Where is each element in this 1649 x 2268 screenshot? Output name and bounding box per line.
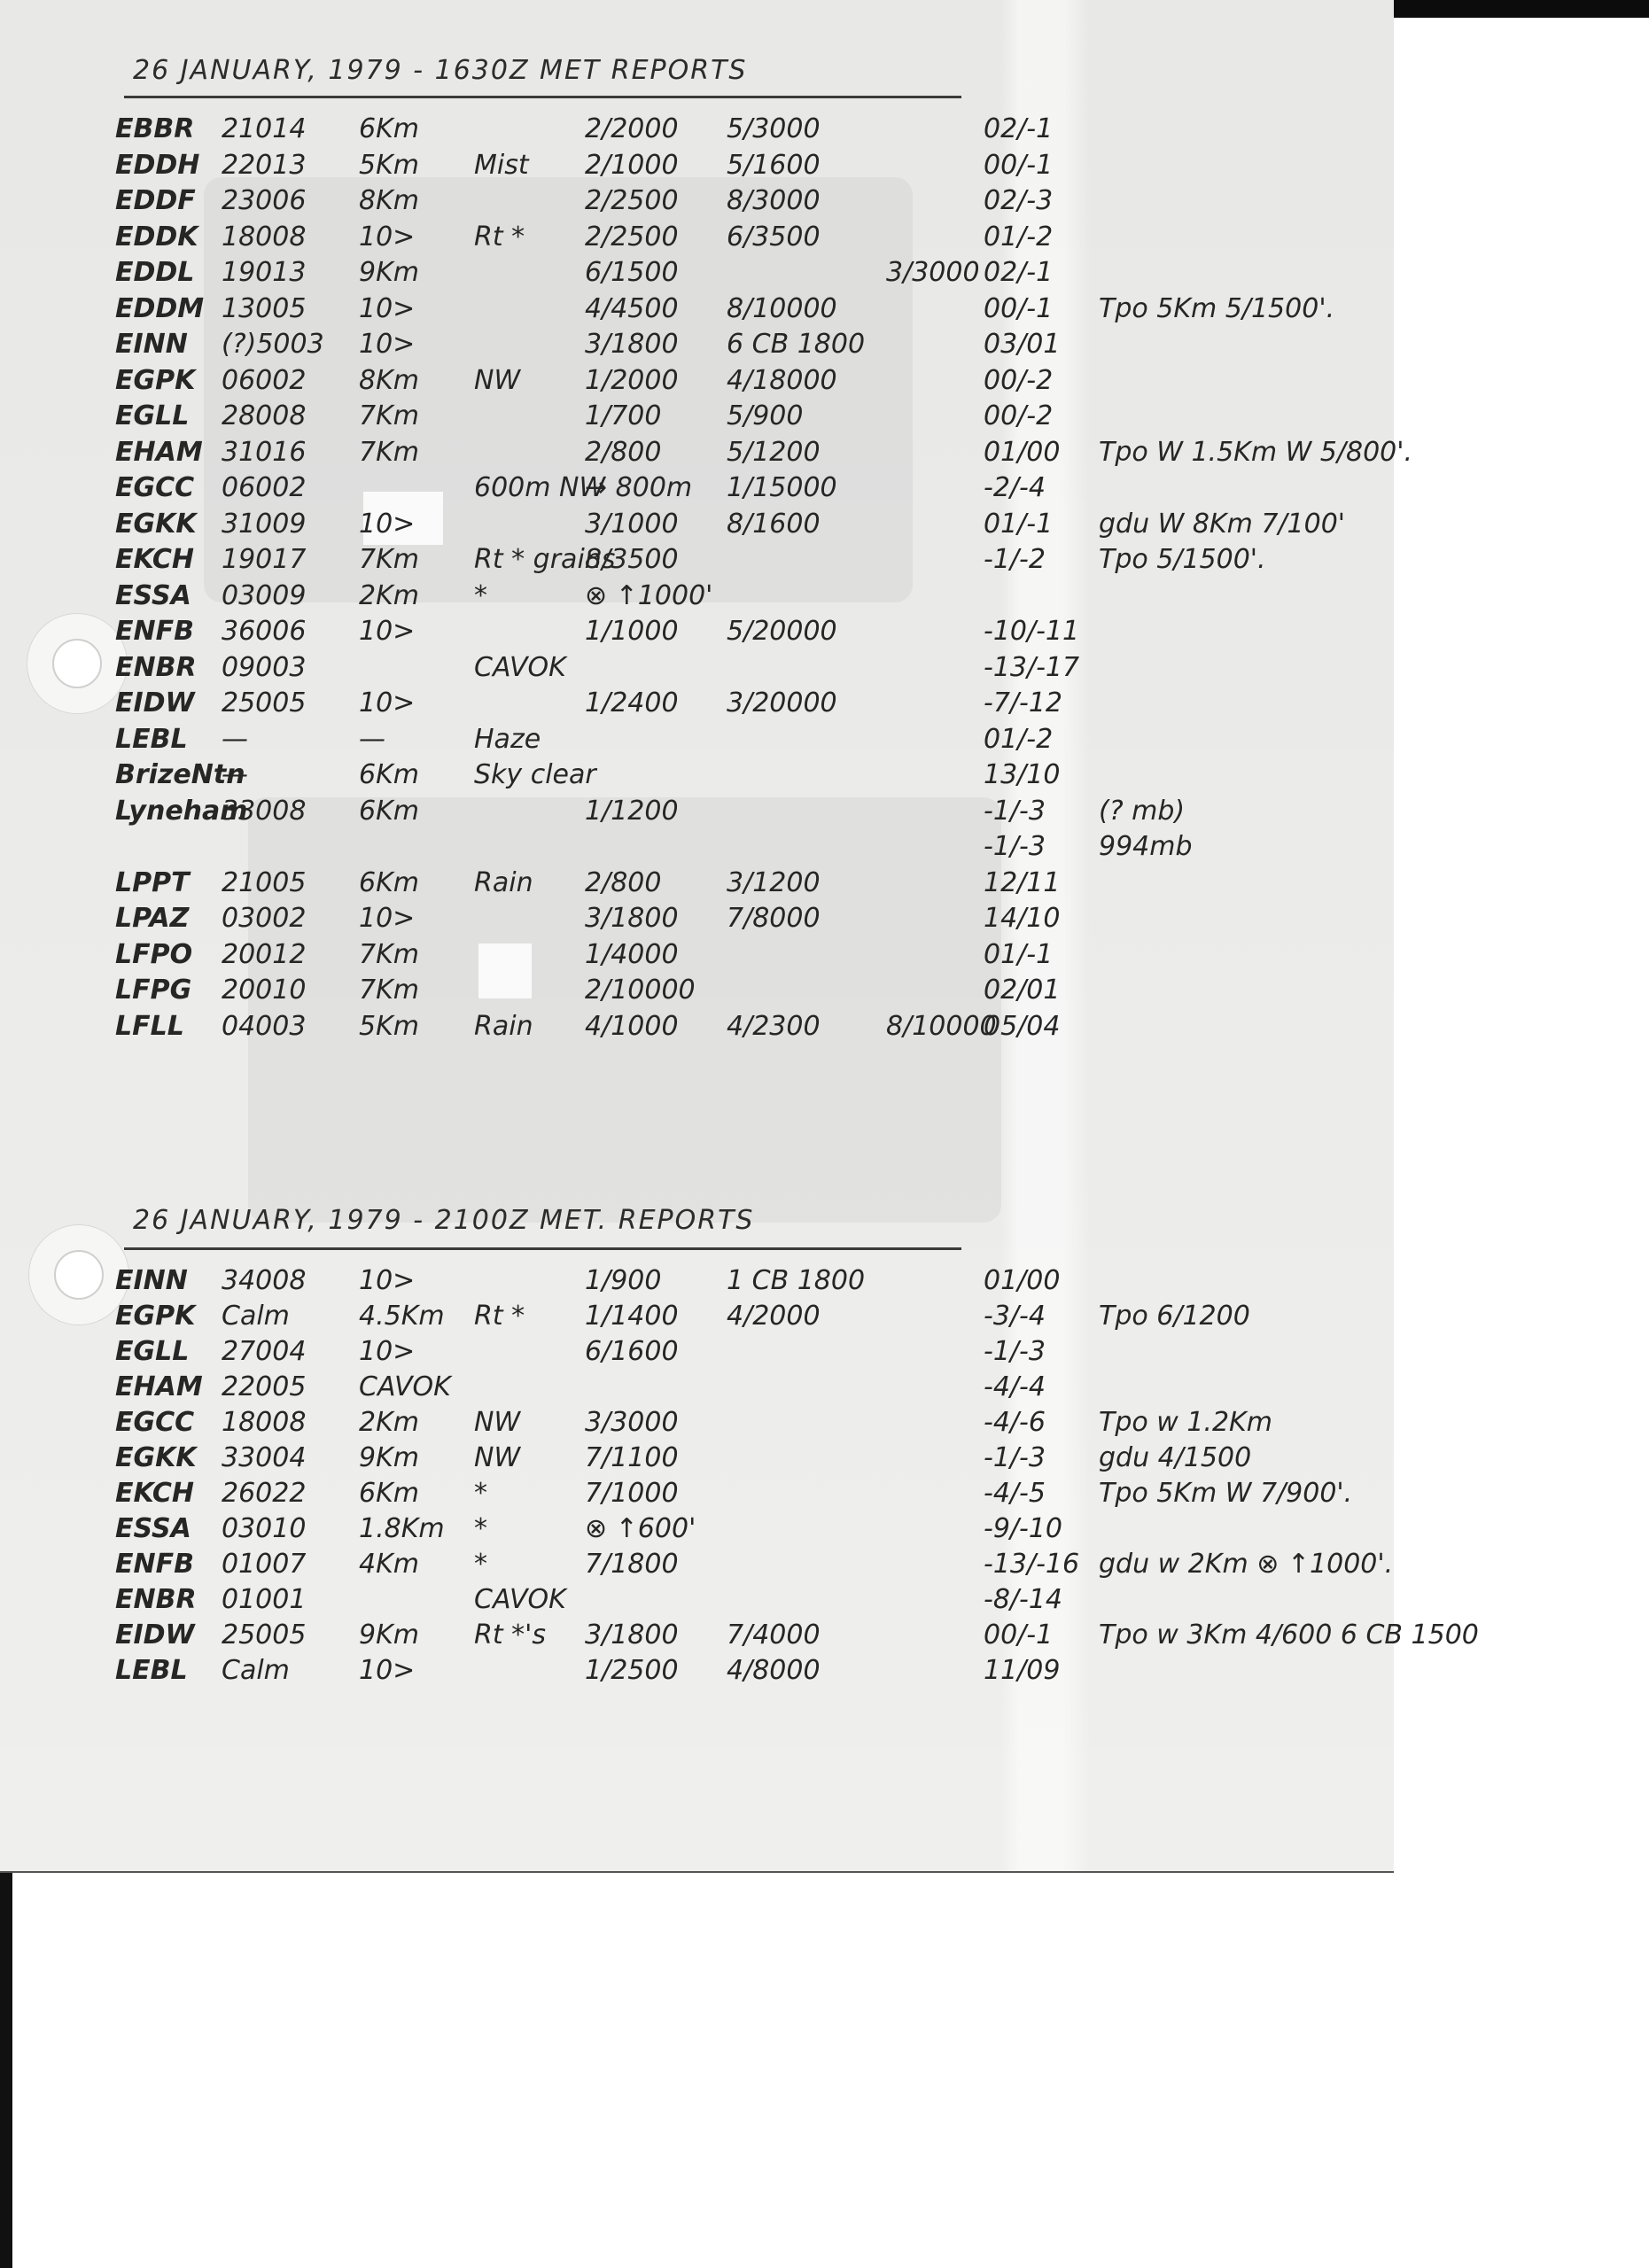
weather-value: * xyxy=(474,1478,487,1509)
cloud-layer-1: 7/1800 xyxy=(585,1549,679,1580)
station-code: LFPO xyxy=(115,939,192,970)
station-code: LPPT xyxy=(115,867,190,898)
cloud-layer-2: 8/1600 xyxy=(727,509,821,540)
wind-value: 03010 xyxy=(222,1513,306,1544)
cloud-layer-2: 4/18000 xyxy=(727,365,837,396)
cloud-layer-2: 8/3000 xyxy=(727,185,821,216)
station-code: EGKK xyxy=(115,509,197,540)
cloud-layer-1: 2/800 xyxy=(585,437,661,468)
wind-value: 01001 xyxy=(222,1584,306,1615)
temp-dewpoint: 00/-2 xyxy=(984,365,1053,396)
cloud-layer-1: 3/3000 xyxy=(585,1407,679,1438)
station-code: EGCC xyxy=(115,1407,194,1438)
temp-dewpoint: 05/04 xyxy=(984,1011,1060,1042)
visibility-value: 7Km xyxy=(359,975,419,1006)
weather-value: * xyxy=(474,1513,487,1544)
wind-value: 22005 xyxy=(222,1371,306,1402)
visibility-value: 10> xyxy=(359,1655,415,1686)
wind-value: — xyxy=(222,759,248,790)
remarks: Tpo W 1.5Km W 5/800'. xyxy=(1099,437,1412,468)
station-code: EINN xyxy=(115,329,188,360)
cloud-layer-2: 4/2300 xyxy=(727,1011,821,1042)
temp-dewpoint: 01/-2 xyxy=(984,221,1053,252)
weather-value: Rt * xyxy=(474,221,525,252)
station-code: EDDL xyxy=(115,257,194,288)
station-code: EBBR xyxy=(115,113,194,144)
wind-value: 36006 xyxy=(222,616,306,647)
cloud-layer-2: 5/20000 xyxy=(727,616,837,647)
punch-hole xyxy=(27,613,128,714)
cloud-layer-1: 1/700 xyxy=(585,400,661,431)
temp-dewpoint: 00/-1 xyxy=(984,150,1053,181)
station-code: EDDF xyxy=(115,185,196,216)
station-code: EKCH xyxy=(115,544,194,575)
remarks: gdu 4/1500 xyxy=(1099,1442,1251,1473)
visibility-value: 4.5Km xyxy=(359,1301,445,1332)
temp-dewpoint: -2/-4 xyxy=(984,472,1046,503)
remarks: Tpo w 3Km 4/600 6 CB 1500 xyxy=(1099,1619,1479,1651)
temp-dewpoint: -13/-17 xyxy=(984,652,1079,683)
wind-value: 19017 xyxy=(222,544,306,575)
weather-value: Rain xyxy=(474,867,533,898)
cloud-layer-1: 2/2000 xyxy=(585,113,679,144)
cloud-layer-1: 1/900 xyxy=(585,1265,661,1296)
cloud-layer-2: 4/8000 xyxy=(727,1655,821,1686)
temp-dewpoint: 14/10 xyxy=(984,903,1060,934)
temp-dewpoint: -1/-2 xyxy=(984,544,1046,575)
cloud-layer-1: → 800m xyxy=(585,472,692,503)
cloud-layer-1: 1/4000 xyxy=(585,939,679,970)
weather-value: Rt * xyxy=(474,1301,525,1332)
weather-value: Sky clear xyxy=(474,759,596,790)
temp-dewpoint: 02/01 xyxy=(984,975,1060,1006)
wind-value: 19013 xyxy=(222,257,306,288)
cloud-layer-2: 3/1200 xyxy=(727,867,821,898)
cloud-layer-1: 2/800 xyxy=(585,867,661,898)
temp-dewpoint: -3/-4 xyxy=(984,1301,1046,1332)
temp-dewpoint: 00/-1 xyxy=(984,1619,1053,1651)
weather-value: NW xyxy=(474,1442,520,1473)
weather-value: Mist xyxy=(474,150,529,181)
temp-dewpoint: 01/-1 xyxy=(984,509,1053,540)
station-code: EKCH xyxy=(115,1478,194,1509)
station-code: LPAZ xyxy=(115,903,189,934)
wind-value: 33008 xyxy=(222,796,306,827)
wind-value: 04003 xyxy=(222,1011,306,1042)
station-code: EIDW xyxy=(115,1619,195,1651)
station-code: EDDK xyxy=(115,221,198,252)
visibility-value: 10> xyxy=(359,509,415,540)
weather-value: NW xyxy=(474,1407,520,1438)
cloud-layer-1: 1/2500 xyxy=(585,1655,679,1686)
weather-value: Rain xyxy=(474,1011,533,1042)
wind-value: 23006 xyxy=(222,185,306,216)
visibility-value: 9Km xyxy=(359,1619,419,1651)
wind-value: — xyxy=(222,724,248,755)
temp-dewpoint: -10/-11 xyxy=(984,616,1079,647)
cloud-layer-1: 4/1000 xyxy=(585,1011,679,1042)
wind-value: 21005 xyxy=(222,867,306,898)
temp-dewpoint: -4/-4 xyxy=(984,1371,1046,1402)
visibility-value: 4Km xyxy=(359,1549,419,1580)
visibility-value: 10> xyxy=(359,293,415,324)
weather-value: * xyxy=(474,580,487,611)
wind-value: 27004 xyxy=(222,1336,306,1367)
station-code: LEBL xyxy=(115,724,188,755)
cloud-layer-1: 1/2400 xyxy=(585,687,679,718)
station-code: ENBR xyxy=(115,1584,197,1615)
weather-value: Rt *'s xyxy=(474,1619,546,1651)
visibility-value: 10> xyxy=(359,1336,415,1367)
remarks: Tpo 5/1500'. xyxy=(1099,544,1266,575)
wind-value: Calm xyxy=(222,1655,290,1686)
station-code: ESSA xyxy=(115,1513,191,1544)
cloud-layer-1: 6/1600 xyxy=(585,1336,679,1367)
cloud-layer-2: 6/3500 xyxy=(727,221,821,252)
cloud-layer-2: 4/2000 xyxy=(727,1301,821,1332)
visibility-value: 6Km xyxy=(359,796,419,827)
station-code: EGPK xyxy=(115,1301,195,1332)
temp-dewpoint: 11/09 xyxy=(984,1655,1060,1686)
cloud-layer-2: 7/4000 xyxy=(727,1619,821,1651)
wind-value: 03009 xyxy=(222,580,306,611)
weather-value: NW xyxy=(474,365,520,396)
cloud-layer-1: 1/1400 xyxy=(585,1301,679,1332)
scan-border-top xyxy=(1394,0,1649,18)
scan-border-left xyxy=(0,1871,12,2268)
temp-dewpoint: 01/-1 xyxy=(984,939,1053,970)
cloud-layer-1: 7/1100 xyxy=(585,1442,679,1473)
wind-value: 09003 xyxy=(222,652,306,683)
cloud-layer-2: 8/10000 xyxy=(727,293,837,324)
remarks: Tpo 5Km W 7/900'. xyxy=(1099,1478,1352,1509)
temp-dewpoint: -1/-3 xyxy=(984,1336,1046,1367)
wind-value: 18008 xyxy=(222,1407,306,1438)
cloud-layer-2: 1 CB 1800 xyxy=(727,1265,865,1296)
temp-dewpoint: -1/-3 xyxy=(984,831,1046,862)
wind-value: 13005 xyxy=(222,293,306,324)
station-code: EIDW xyxy=(115,687,195,718)
visibility-value: 10> xyxy=(359,329,415,360)
cloud-layer-3: 8/10000 xyxy=(886,1011,997,1042)
cloud-layer-1: 1/1000 xyxy=(585,616,679,647)
wind-value: 20010 xyxy=(222,975,306,1006)
title-underline xyxy=(124,96,961,98)
cloud-layer-1: 6/1500 xyxy=(585,257,679,288)
visibility-value: 7Km xyxy=(359,939,419,970)
visibility-value: 2Km xyxy=(359,580,419,611)
remarks: 994mb xyxy=(1099,831,1193,862)
station-code: ENFB xyxy=(115,616,194,647)
cloud-layer-1: 1/2000 xyxy=(585,365,679,396)
remarks: gdu W 8Km 7/100' xyxy=(1099,509,1345,540)
paper-sheet: 26 JANUARY, 1979 - 1630Z MET REPORTS EBB… xyxy=(0,0,1394,1873)
visibility-value: 6Km xyxy=(359,1478,419,1509)
visibility-value: — xyxy=(359,724,385,755)
visibility-value: 7Km xyxy=(359,437,419,468)
station-code: ESSA xyxy=(115,580,191,611)
wind-value: 22013 xyxy=(222,150,306,181)
temp-dewpoint: -4/-5 xyxy=(984,1478,1046,1509)
wind-value: 26022 xyxy=(222,1478,306,1509)
cloud-layer-1: 7/1000 xyxy=(585,1478,679,1509)
temp-dewpoint: 00/-1 xyxy=(984,293,1053,324)
visibility-value: 7Km xyxy=(359,544,419,575)
visibility-value: 9Km xyxy=(359,257,419,288)
station-code: EGLL xyxy=(115,400,189,431)
visibility-value: 7Km xyxy=(359,400,419,431)
temp-dewpoint: -4/-6 xyxy=(984,1407,1046,1438)
station-code: EGPK xyxy=(115,365,195,396)
visibility-value: 10> xyxy=(359,1265,415,1296)
wind-value: 25005 xyxy=(222,687,306,718)
wind-value: (?)5003 xyxy=(222,329,324,360)
visibility-value: 9Km xyxy=(359,1442,419,1473)
cloud-layer-1: ⊗ ↑1000' xyxy=(585,580,712,611)
station-code: EGKK xyxy=(115,1442,197,1473)
temp-dewpoint: -1/-3 xyxy=(984,796,1046,827)
cloud-layer-1: 2/2500 xyxy=(585,185,679,216)
visibility-value: 2Km xyxy=(359,1407,419,1438)
wind-value: 20012 xyxy=(222,939,306,970)
temp-dewpoint: -13/-16 xyxy=(984,1549,1079,1580)
cloud-layer-1: 3/1000 xyxy=(585,509,679,540)
wind-value: 25005 xyxy=(222,1619,306,1651)
temp-dewpoint: -7/-12 xyxy=(984,687,1062,718)
cloud-layer-2: 6 CB 1800 xyxy=(727,329,865,360)
wind-value: 01007 xyxy=(222,1549,306,1580)
wind-value: 06002 xyxy=(222,365,306,396)
wind-value: 31016 xyxy=(222,437,306,468)
remarks: Tpo 6/1200 xyxy=(1099,1301,1250,1332)
cloud-layer-2: 5/1200 xyxy=(727,437,821,468)
station-code: LFLL xyxy=(115,1011,184,1042)
title-underline xyxy=(124,1247,961,1250)
visibility-value: 8Km xyxy=(359,365,419,396)
visibility-value: CAVOK xyxy=(359,1371,451,1402)
station-code: LEBL xyxy=(115,1655,188,1686)
cloud-layer-1: 2/2500 xyxy=(585,221,679,252)
cloud-layer-2: 5/900 xyxy=(727,400,803,431)
wind-value: 34008 xyxy=(222,1265,306,1296)
visibility-value: 5Km xyxy=(359,1011,419,1042)
visibility-value: 10> xyxy=(359,903,415,934)
visibility-value: 10> xyxy=(359,221,415,252)
wind-value: 18008 xyxy=(222,221,306,252)
temp-dewpoint: 01/00 xyxy=(984,1265,1060,1296)
temp-dewpoint: 01/00 xyxy=(984,437,1060,468)
wind-value: Calm xyxy=(222,1301,290,1332)
weather-value: CAVOK xyxy=(474,652,566,683)
punch-hole xyxy=(28,1224,129,1325)
station-code: ENBR xyxy=(115,652,197,683)
correction-patch xyxy=(478,944,532,998)
wind-value: 06002 xyxy=(222,472,306,503)
wind-value: 28008 xyxy=(222,400,306,431)
remarks: (? mb) xyxy=(1099,796,1185,827)
temp-dewpoint: 02/-1 xyxy=(984,257,1053,288)
cloud-layer-1: 2/1000 xyxy=(585,150,679,181)
visibility-value: 5Km xyxy=(359,150,419,181)
station-code: EINN xyxy=(115,1265,188,1296)
temp-dewpoint: -9/-10 xyxy=(984,1513,1062,1544)
cloud-layer-1: 3/1800 xyxy=(585,329,679,360)
temp-dewpoint: 00/-2 xyxy=(984,400,1053,431)
station-code: EDDH xyxy=(115,150,199,181)
temp-dewpoint: 12/11 xyxy=(984,867,1060,898)
cloud-layer-2: 5/1600 xyxy=(727,150,821,181)
temp-dewpoint: -1/-3 xyxy=(984,1442,1046,1473)
cloud-layer-1: 2/10000 xyxy=(585,975,696,1006)
section-title-2100z: 26 JANUARY, 1979 - 2100Z MET. REPORTS xyxy=(133,1205,754,1236)
remarks: Tpo w 1.2Km xyxy=(1099,1407,1272,1438)
remarks: Tpo 5Km 5/1500'. xyxy=(1099,293,1334,324)
station-code: EHAM xyxy=(115,1371,203,1402)
wind-value: 21014 xyxy=(222,113,306,144)
wind-value: 03002 xyxy=(222,903,306,934)
visibility-value: 6Km xyxy=(359,113,419,144)
cloud-layer-1: 4/4500 xyxy=(585,293,679,324)
station-code: EDDM xyxy=(115,293,204,324)
station-code: EHAM xyxy=(115,437,203,468)
weather-value: * xyxy=(474,1549,487,1580)
wind-value: 31009 xyxy=(222,509,306,540)
temp-dewpoint: 01/-2 xyxy=(984,724,1053,755)
visibility-value: 10> xyxy=(359,687,415,718)
temp-dewpoint: 03/01 xyxy=(984,329,1060,360)
temp-dewpoint: 02/-1 xyxy=(984,113,1053,144)
cloud-layer-1: ⊗ ↑600' xyxy=(585,1513,696,1544)
cloud-layer-2: 1/15000 xyxy=(727,472,837,503)
visibility-value: 1.8Km xyxy=(359,1513,445,1544)
station-code: EGCC xyxy=(115,472,194,503)
station-code: EGLL xyxy=(115,1336,189,1367)
station-code: LFPG xyxy=(115,975,191,1006)
cloud-layer-1: 3/1800 xyxy=(585,903,679,934)
remarks: gdu w 2Km ⊗ ↑1000'. xyxy=(1099,1549,1393,1580)
cloud-layer-2: 7/8000 xyxy=(727,903,821,934)
cloud-layer-1: 3/1800 xyxy=(585,1619,679,1651)
visibility-value: 10> xyxy=(359,616,415,647)
temp-dewpoint: 02/-3 xyxy=(984,185,1053,216)
weather-value: CAVOK xyxy=(474,1584,566,1615)
station-code: ENFB xyxy=(115,1549,194,1580)
visibility-value: 6Km xyxy=(359,759,419,790)
weather-value: Haze xyxy=(474,724,541,755)
visibility-value: 8Km xyxy=(359,185,419,216)
section-title-1630z: 26 JANUARY, 1979 - 1630Z MET REPORTS xyxy=(133,55,747,86)
wind-value: 33004 xyxy=(222,1442,306,1473)
temp-dewpoint: -8/-14 xyxy=(984,1584,1062,1615)
cloud-layer-1: 8/3500 xyxy=(585,544,679,575)
cloud-layer-2: 3/20000 xyxy=(727,687,837,718)
temp-dewpoint: 13/10 xyxy=(984,759,1060,790)
cloud-layer-1: 1/1200 xyxy=(585,796,679,827)
cloud-layer-2: 5/3000 xyxy=(727,113,821,144)
cloud-layer-3: 3/3000 xyxy=(886,257,980,288)
visibility-value: 6Km xyxy=(359,867,419,898)
